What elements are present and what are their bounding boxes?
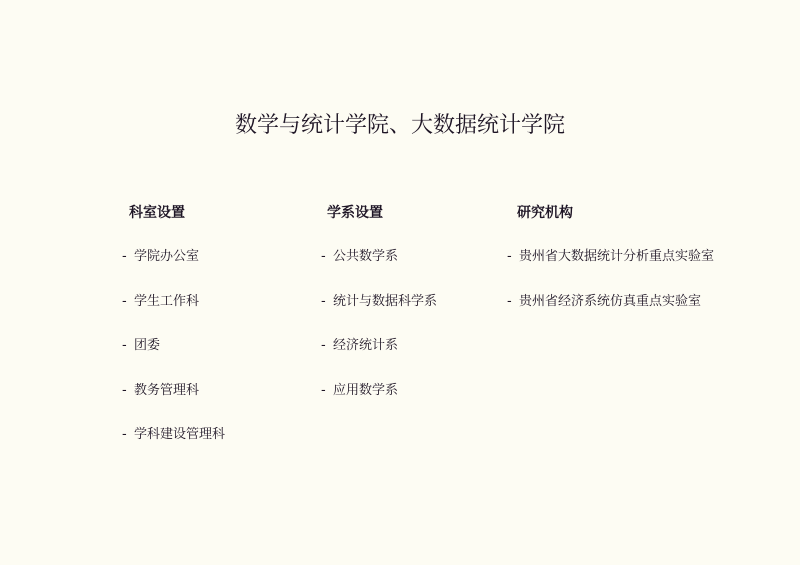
academic-department-list: -公共数学系 -统计与数据科学系 -经济统计系 -应用数学系 bbox=[321, 247, 437, 401]
item-label: 学生工作科 bbox=[134, 294, 199, 309]
bullet-dash: - bbox=[122, 292, 134, 312]
column-research-institutes: 研究机构 -贵州省大数据统计分析重点实验室 -贵州省经济系统仿真重点实验室 bbox=[507, 202, 714, 312]
item-label: 学科建设管理科 bbox=[134, 427, 225, 442]
list-item[interactable]: -贵州省经济系统仿真重点实验室 bbox=[507, 292, 714, 312]
bullet-dash: - bbox=[321, 247, 333, 267]
column-heading: 学系设置 bbox=[327, 202, 437, 224]
department-list: -学院办公室 -学生工作科 -团委 -教务管理科 -学科建设管理科 bbox=[122, 247, 225, 445]
item-label: 教务管理科 bbox=[134, 383, 199, 398]
item-label: 公共数学系 bbox=[333, 249, 398, 264]
list-item[interactable]: -统计与数据科学系 bbox=[321, 292, 437, 312]
item-label: 应用数学系 bbox=[333, 383, 398, 398]
item-label: 统计与数据科学系 bbox=[333, 294, 437, 309]
bullet-dash: - bbox=[122, 247, 134, 267]
bullet-dash: - bbox=[122, 336, 134, 356]
research-institute-list: -贵州省大数据统计分析重点实验室 -贵州省经济系统仿真重点实验室 bbox=[507, 247, 714, 312]
item-label: 学院办公室 bbox=[134, 249, 199, 264]
column-departments: 科室设置 -学院办公室 -学生工作科 -团委 -教务管理科 -学科建设管理科 bbox=[122, 202, 225, 445]
list-item[interactable]: -学科建设管理科 bbox=[122, 425, 225, 445]
list-item[interactable]: -学院办公室 bbox=[122, 247, 225, 267]
bullet-dash: - bbox=[321, 381, 333, 401]
item-label: 贵州省经济系统仿真重点实验室 bbox=[519, 294, 701, 309]
bullet-dash: - bbox=[507, 247, 519, 267]
column-heading: 科室设置 bbox=[129, 202, 225, 224]
list-item[interactable]: -应用数学系 bbox=[321, 381, 437, 401]
bullet-dash: - bbox=[122, 381, 134, 401]
bullet-dash: - bbox=[321, 292, 333, 312]
list-item[interactable]: -公共数学系 bbox=[321, 247, 437, 267]
list-item[interactable]: -教务管理科 bbox=[122, 381, 225, 401]
list-item[interactable]: -贵州省大数据统计分析重点实验室 bbox=[507, 247, 714, 267]
list-item[interactable]: -学生工作科 bbox=[122, 292, 225, 312]
bullet-dash: - bbox=[507, 292, 519, 312]
item-label: 团委 bbox=[134, 338, 160, 353]
bullet-dash: - bbox=[122, 425, 134, 445]
list-item[interactable]: -经济统计系 bbox=[321, 336, 437, 356]
column-academic-departments: 学系设置 -公共数学系 -统计与数据科学系 -经济统计系 -应用数学系 bbox=[321, 202, 437, 401]
page-title: 数学与统计学院、大数据统计学院 bbox=[0, 108, 800, 139]
item-label: 贵州省大数据统计分析重点实验室 bbox=[519, 249, 714, 264]
item-label: 经济统计系 bbox=[333, 338, 398, 353]
bullet-dash: - bbox=[321, 336, 333, 356]
column-heading: 研究机构 bbox=[517, 202, 714, 224]
page: 数学与统计学院、大数据统计学院 科室设置 -学院办公室 -学生工作科 -团委 -… bbox=[0, 0, 800, 565]
list-item[interactable]: -团委 bbox=[122, 336, 225, 356]
